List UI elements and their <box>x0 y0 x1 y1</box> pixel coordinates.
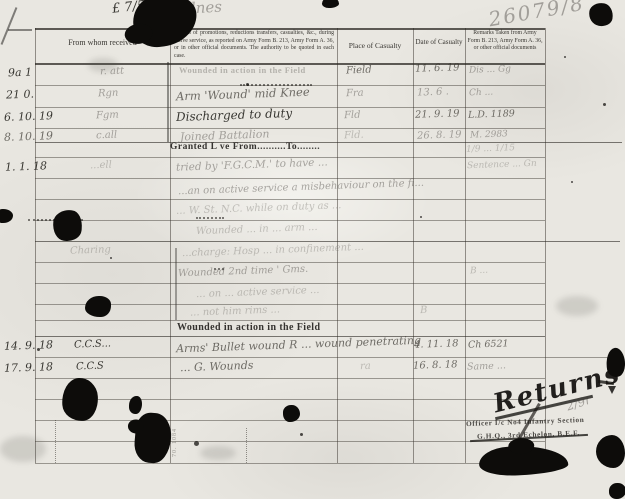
entry-remarks: Same ... <box>467 360 506 372</box>
entry-unit: C.C.S <box>76 361 104 373</box>
officer-signature: Returns <box>490 359 624 420</box>
row-rule <box>35 336 545 337</box>
ink-marks <box>214 268 224 270</box>
pen-stroke <box>167 62 169 142</box>
ink-speck <box>300 433 303 436</box>
column-header-place-of-casualty: Place of Casualty <box>339 41 411 50</box>
row-rule <box>35 199 545 200</box>
entry-date: 16. 8. 18 <box>413 359 458 372</box>
ink-speck <box>420 216 422 218</box>
entry-received: 21 0. <box>6 88 34 102</box>
smudge <box>0 436 46 462</box>
entry-place: ra <box>360 361 371 372</box>
ink-marks <box>240 84 312 86</box>
ink-blot <box>51 209 83 243</box>
entry-remarks: Ch ... <box>469 88 493 99</box>
entry-record: Wounded ... in ... arm ... <box>196 222 318 237</box>
entry-date: 4. 11. 18 <box>414 338 459 351</box>
entry-unit: Charing <box>70 244 111 256</box>
entry-date: 11. 6. 19 <box>415 62 460 75</box>
ink-speck <box>110 257 112 259</box>
smudge <box>556 296 598 316</box>
row-rule <box>35 283 545 284</box>
ink-blot <box>85 296 111 317</box>
entry-remarks: M. 2983 <box>470 129 508 140</box>
pen-stroke <box>175 248 177 320</box>
entry-record: ...an on active service a misbehaviour o… <box>178 178 424 198</box>
ink-blot <box>0 209 13 223</box>
entry-unit: Fgm <box>96 110 119 122</box>
entry-received: 17. 9. 18 <box>4 360 53 375</box>
entry-received: 9a 1 <box>8 66 33 80</box>
table-border-left <box>35 28 36 463</box>
row-rule <box>35 357 618 358</box>
row-rule <box>35 178 545 179</box>
entry-place: Fld <box>344 110 361 122</box>
entry-record: ... on ... active service ... <box>196 285 320 300</box>
row-rule <box>35 262 545 263</box>
entry-received: 1. 1. 18 <box>5 159 47 173</box>
entry-record: Wounded 2nd time ' Gms. <box>178 264 309 280</box>
entry-received: 8. 10. 19 <box>4 129 53 144</box>
pen-dash <box>8 29 32 31</box>
ghost-wounded-stamp: Wounded in action in the Field <box>179 65 306 75</box>
entry-remarks: Dis ... Gg <box>469 64 511 75</box>
entry-remarks: Sentence ... Gn <box>467 159 537 171</box>
entry-place: Fra <box>346 88 364 100</box>
ink-blot <box>478 444 568 478</box>
entry-place: Fld. <box>344 130 364 142</box>
ink-blot <box>129 396 142 414</box>
entry-record: Arm 'Wound' mid Knee <box>176 85 310 104</box>
entry-record: ... G. Wounds <box>180 359 254 375</box>
entry-received: 6. 10. 19 <box>4 109 53 124</box>
ink-blot <box>609 483 625 499</box>
smudge <box>200 446 236 460</box>
entry-date: 13. 6 . <box>417 86 449 98</box>
entry-remarks: 1/9 ... 1/15 <box>466 143 515 155</box>
ink-blot-lobe <box>127 419 144 434</box>
row-rule <box>35 320 545 321</box>
granted-leave-stamp: Granted L ve From..........To........ <box>170 142 320 152</box>
ink-speck <box>603 103 606 106</box>
entry-record: ... not him rims ... <box>190 304 280 318</box>
ink-blot <box>133 412 173 465</box>
entry-unit: ...ell <box>90 160 112 172</box>
entry-date: 26. 8. 19 <box>417 129 462 142</box>
entry-unit: Rgn <box>98 88 119 100</box>
ink-speck <box>564 56 566 58</box>
ink-blot <box>596 435 625 468</box>
entry-record: ... W. St. N.C. while on duty as ... <box>176 200 342 217</box>
ink-speck <box>246 83 249 86</box>
row-rule <box>35 220 545 221</box>
ink-blot <box>61 377 100 422</box>
entry-date: B <box>420 305 428 316</box>
arrow-mark <box>608 386 616 394</box>
column-header-remarks: Remarks Taken from Army Form B. 213, Arm… <box>467 30 543 53</box>
entry-record: Discharged to duty <box>176 106 293 124</box>
smudge <box>88 58 118 72</box>
ink-marks <box>196 217 224 219</box>
entry-place: Field <box>346 65 372 77</box>
ink-speck <box>37 348 40 351</box>
ink-blot <box>322 0 339 8</box>
entry-unit: c.all <box>96 130 118 142</box>
entry-date: 21. 9. 19 <box>415 108 460 121</box>
ink-blot-lobe <box>508 437 535 454</box>
entry-unit: C.C.S... <box>74 338 111 350</box>
row-rule <box>35 142 622 143</box>
column-divider <box>170 28 171 463</box>
ink-blot <box>587 1 615 28</box>
entry-remarks: Ch 6521 <box>468 338 509 350</box>
column-header-date-of-casualty: Date of Casualty <box>415 38 463 47</box>
column-header-record: Record of promotions, reductions transfe… <box>174 30 334 60</box>
column-divider <box>465 28 466 463</box>
wounded-in-action-stamp: Wounded in action in the Field <box>177 322 320 333</box>
row-rule <box>35 399 545 400</box>
ink-speck <box>194 441 199 446</box>
row-rule <box>35 241 620 242</box>
pen-stroke <box>1 7 18 45</box>
column-divider <box>413 28 414 463</box>
entry-received: 14. 9. 18 <box>4 338 53 353</box>
entry-remarks: L.D. 1189 <box>468 108 515 121</box>
row-rule <box>35 441 545 442</box>
ink-speck <box>571 181 573 183</box>
row-rule <box>35 304 545 305</box>
handwritten-reference-number: 26079/8 <box>487 0 587 31</box>
dotted-line <box>246 428 247 463</box>
entry-record: tried by 'F.G.C.M.' to have ... <box>176 156 328 173</box>
vertical-form-mark: 70. 1084 <box>172 428 178 457</box>
entry-remarks: B ... <box>470 266 488 277</box>
scanned-army-casualty-form: From whom received Record of promotions,… <box>0 0 625 499</box>
row-rule <box>35 378 545 379</box>
